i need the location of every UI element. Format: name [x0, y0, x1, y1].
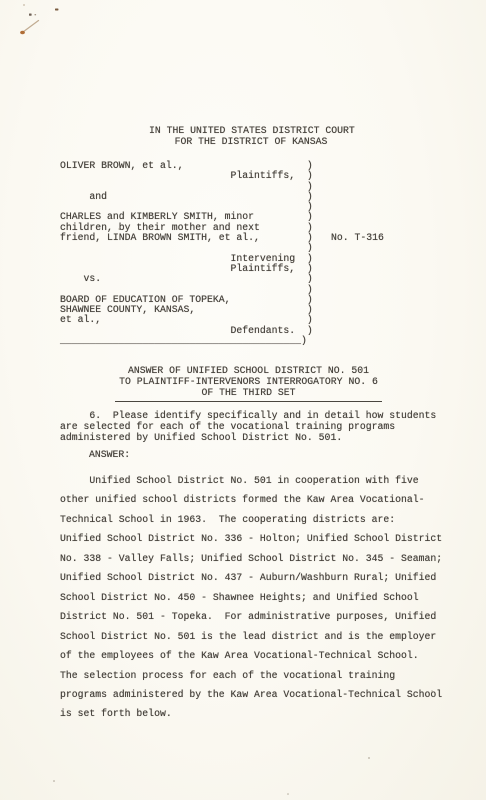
case-number: No. T-316	[331, 233, 384, 243]
interrogatory-question: 6. Please identify specifically and in d…	[60, 411, 436, 444]
answer-body: Unified School District No. 501 in coope…	[60, 471, 442, 724]
scan-speck	[431, 690, 433, 692]
answer-label: ANSWER:	[89, 450, 130, 461]
case-caption: OLIVER BROWN, et al., ) Plaintiffs, ) ) …	[60, 161, 313, 346]
document-page: IN THE UNITED STATES DISTRICT COURT FOR …	[0, 0, 486, 800]
document-title: ANSWER OF UNIFIED SCHOOL DISTRICT NO. 50…	[115, 366, 382, 402]
court-header: IN THE UNITED STATES DISTRICT COURT FOR …	[149, 126, 353, 147]
handwritten-pen-mark-icon	[0, 0, 70, 45]
scan-speck	[118, 228, 120, 230]
scan-speck	[53, 780, 55, 782]
scan-speck	[368, 757, 370, 759]
scan-speck	[287, 793, 289, 795]
